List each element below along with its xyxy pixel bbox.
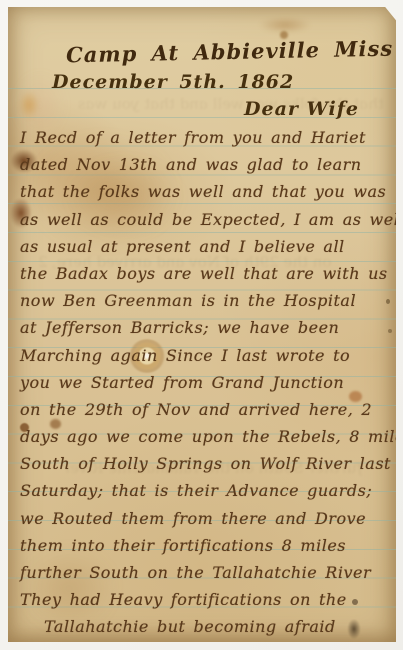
letter-line: They had Heavy fortifications on the — [20, 586, 394, 613]
letter-line: the Badax boys are well that are with us — [20, 260, 394, 287]
letter-line: Tallahatchie but becoming afraid — [20, 613, 394, 640]
letter-heading-place: Camp At Abbieville Miss — [66, 36, 394, 68]
letter-paper: that the folks was well and that you was… — [8, 7, 396, 642]
letter-photo: that the folks was well and that you was… — [0, 0, 403, 650]
stain-top-smudge — [250, 14, 320, 36]
letter-line: you we Started from Grand Junction — [20, 369, 394, 396]
letter-line: on the 29th of Nov and arrived here, 2 — [20, 396, 394, 423]
letter-line: that the folks was well and that you was — [20, 178, 394, 205]
letter-line: at Jefferson Barricks; we have been — [20, 314, 394, 341]
letter-line: dated Nov 13th and was glad to learn — [20, 151, 394, 178]
letter-line: South of Holly Springs on Wolf River las… — [20, 450, 394, 477]
letter-line: Marching again Since I last wrote to — [20, 342, 394, 369]
letter-line: we Routed them from there and Drove — [20, 505, 394, 532]
letter-body: I Recd of a letter from you and Hariet d… — [20, 124, 394, 641]
letter-line: days ago we come upon the Rebels, 8 mile… — [20, 423, 394, 450]
letter-line: as usual at present and I believe all — [20, 233, 394, 260]
letter-line: them into their fortifications 8 miles — [20, 532, 394, 559]
letter-line: Saturday; that is their Advance guards; — [20, 477, 394, 504]
letter-line: further South on the Tallahatchie River — [20, 559, 394, 586]
letter-line: I Recd of a letter from you and Hariet — [20, 124, 394, 151]
letter-line: now Ben Greenman is in the Hospital — [20, 287, 394, 314]
letter-line: as well as could be Expected, I am as we… — [20, 206, 394, 233]
letter-salutation: Dear Wife — [244, 98, 359, 120]
letter-heading-date: December 5th. 1862 — [52, 71, 294, 93]
stain-orange-left — [16, 87, 42, 123]
